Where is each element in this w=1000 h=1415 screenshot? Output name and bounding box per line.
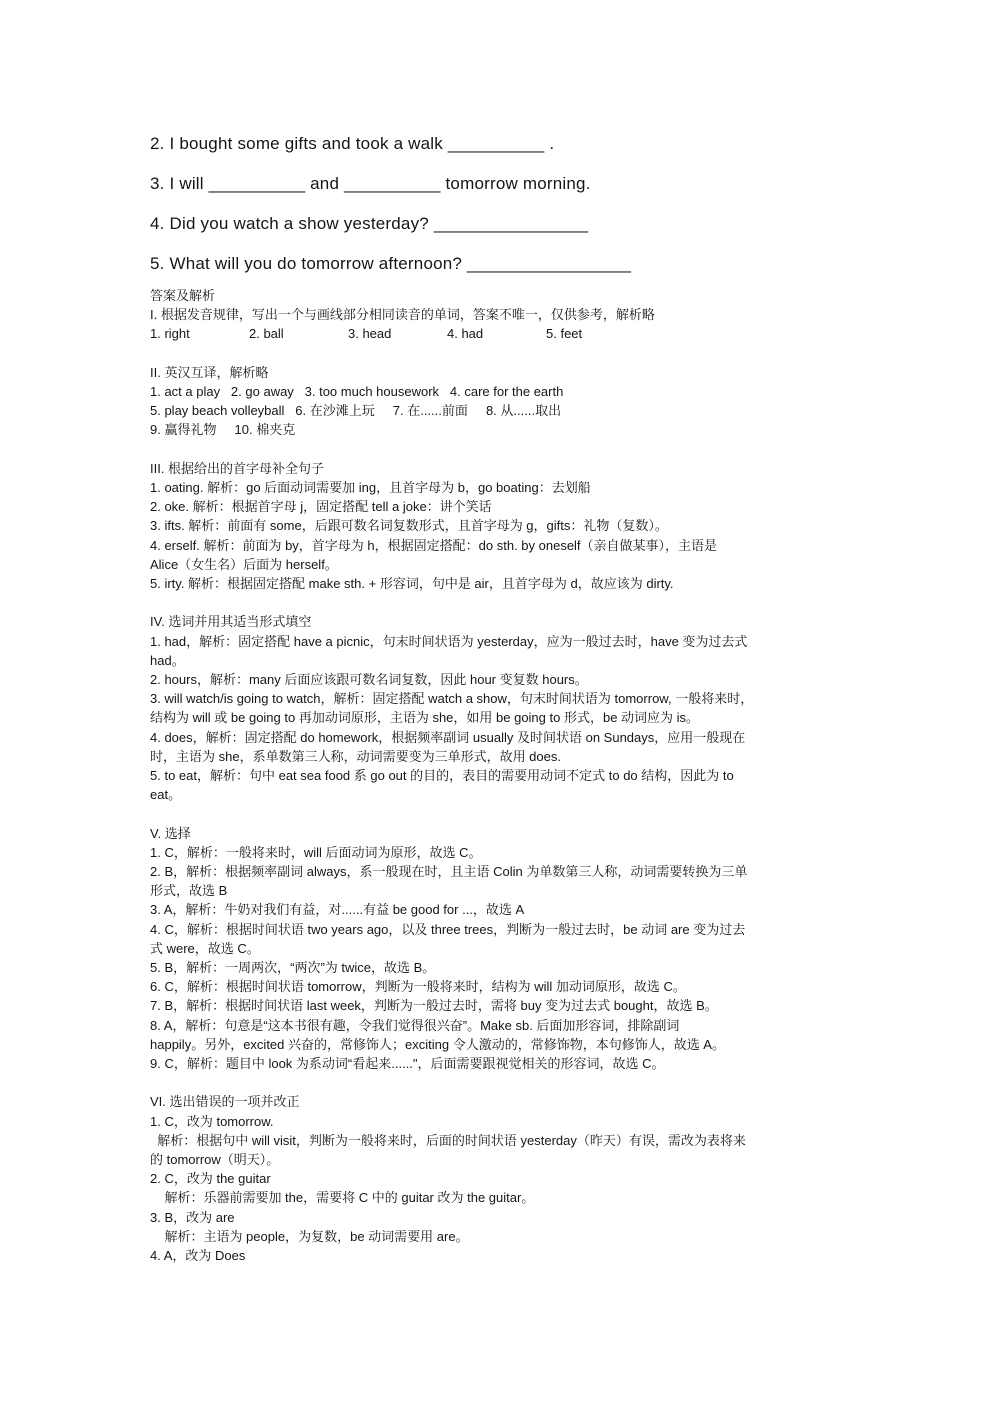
answer-line: 5. B，解析：一周两次，“两次”为 twice，故选 B。 xyxy=(150,958,890,977)
question-line-3: 3. I will __________ and __________ tomo… xyxy=(150,164,631,204)
answer-line: 7. B，解析：根据时间状语 last week，判断为一般过去时，需将 buy… xyxy=(150,996,890,1015)
answer-line: 1. oating. 解析：go 后面动词需要加 ing，且首字母为 b，go … xyxy=(150,478,890,497)
answer-line: 1. act a play 2. go away 3. too much hou… xyxy=(150,382,890,401)
answer-line: 1. C，解析：一般将来时，will 后面动词为原形，故选 C。 xyxy=(150,843,890,862)
answer-line: 8. A，解析：句意是“这本书很有趣，令我们觉得很兴奋”。Make sb. 后面… xyxy=(150,1016,890,1035)
answer-line: had。 xyxy=(150,651,890,670)
section-6-heading: VI. 选出错误的一项并改正 xyxy=(150,1092,890,1111)
answer-line: 4. erself. 解析：前面为 by，首字母为 h，根据固定搭配：do st… xyxy=(150,536,890,555)
answer-line: 解析：根据句中 will visit，判断为一般将来时，后面的时间状语 yest… xyxy=(150,1131,890,1150)
answer-line: 3. A，解析：牛奶对我们有益，对......有益 be good for ..… xyxy=(150,900,890,919)
answer-key-block: 答案及解析 I. 根据发音规律，写出一个与画线部分相同读音的单词，答案不唯一，仅… xyxy=(150,286,890,1265)
section-gap xyxy=(150,440,890,459)
answer-line: 2. oke. 解析：根据首字母 j，固定搭配 tell a joke：讲个笑话 xyxy=(150,497,890,516)
answer-line: 式 were，故选 C。 xyxy=(150,939,890,958)
questions-block: 2. I bought some gifts and took a walk _… xyxy=(150,124,631,284)
question-line-4: 4. Did you watch a show yesterday? _____… xyxy=(150,204,631,244)
answer-line: 4. C，解析：根据时间状语 two years ago，以及 three tr… xyxy=(150,920,890,939)
answer-line: 2. C，改为 the guitar xyxy=(150,1169,890,1188)
question-line-5: 5. What will you do tomorrow afternoon? … xyxy=(150,244,631,284)
answer-line: 解析：主语为 people，为复数，be 动词需要用 are。 xyxy=(150,1227,890,1246)
answer-line: 9. 赢得礼物 10. 棉夹克 xyxy=(150,420,890,439)
answer-line: 5. irty. 解析：根据固定搭配 make sth. + 形容词，句中是 a… xyxy=(150,574,890,593)
worksheet-page: 2. I bought some gifts and took a walk _… xyxy=(0,0,1000,1415)
answer-line: 结构为 will 或 be going to 再加动词原形，主语为 she，如用… xyxy=(150,708,890,727)
answer-line: 9. C，解析：题目中 look 为系动词“看起来......"，后面需要跟视觉… xyxy=(150,1054,890,1073)
phonetic-answer-4: 4. had xyxy=(447,324,546,343)
answer-line: 2. hours，解析：many 后面应该跟可数名词复数，因此 hour 变复数… xyxy=(150,670,890,689)
section-gap xyxy=(150,804,890,823)
section-gap xyxy=(150,1073,890,1092)
answer-line: 5. play beach volleyball 6. 在沙滩上玩 7. 在..… xyxy=(150,401,890,420)
answer-line: 3. will watch/is going to watch，解析：固定搭配 … xyxy=(150,689,890,708)
answer-line: 4. A，改为 Does xyxy=(150,1246,890,1265)
answer-key-title: 答案及解析 xyxy=(150,286,890,305)
phonetic-answer-5: 5. feet xyxy=(546,324,582,343)
answer-line: 6. C，解析：根据时间状语 tomorrow，判断为一般将来时，结构为 wil… xyxy=(150,977,890,996)
answer-line: 解析：乐器前需要加 the，需要将 C 中的 guitar 改为 the gui… xyxy=(150,1188,890,1207)
section-gap xyxy=(150,593,890,612)
answer-line: 的 tomorrow（明天）。 xyxy=(150,1150,890,1169)
section-gap xyxy=(150,344,890,363)
phonetic-answer-1: 1. right xyxy=(150,324,249,343)
answer-line: happily。另外，excited 兴奋的，常修饰人；exciting 令人激… xyxy=(150,1035,890,1054)
answer-line: 3. B，改为 are xyxy=(150,1208,890,1227)
answer-line: 4. does，解析：固定搭配 do homework，根据频率副词 usual… xyxy=(150,728,890,747)
answer-line: 形式，故选 B xyxy=(150,881,890,900)
phonetic-answer-2: 2. ball xyxy=(249,324,348,343)
answer-line: 1. had，解析：固定搭配 have a picnic，句末时间状语为 yes… xyxy=(150,632,890,651)
answer-line: eat。 xyxy=(150,785,890,804)
answer-line: 3. ifts. 解析：前面有 some，后跟可数名词复数形式，且首字母为 g，… xyxy=(150,516,890,535)
answer-line: 2. B，解析：根据频率副词 always，系一般现在时，且主语 Colin 为… xyxy=(150,862,890,881)
section-1-heading: I. 根据发音规律，写出一个与画线部分相同读音的单词，答案不唯一，仅供参考，解析… xyxy=(150,305,890,324)
section-2-heading: II. 英汉互译，解析略 xyxy=(150,363,890,382)
section-3-heading: III. 根据给出的首字母补全句子 xyxy=(150,459,890,478)
section-1-answers-row: 1. right 2. ball 3. head 4. had 5. feet xyxy=(150,324,890,343)
answer-line: Alice（女生名）后面为 herself。 xyxy=(150,555,890,574)
section-4-heading: IV. 选词并用其适当形式填空 xyxy=(150,612,890,631)
answer-line: 5. to eat，解析：句中 eat sea food 系 go out 的目… xyxy=(150,766,890,785)
phonetic-answer-3: 3. head xyxy=(348,324,447,343)
answer-line: 时，主语为 she，系单数第三人称，动词需要变为三单形式，故用 does. xyxy=(150,747,890,766)
answer-line: 1. C，改为 tomorrow. xyxy=(150,1112,890,1131)
section-5-heading: V. 选择 xyxy=(150,824,890,843)
question-line-2: 2. I bought some gifts and took a walk _… xyxy=(150,124,631,164)
